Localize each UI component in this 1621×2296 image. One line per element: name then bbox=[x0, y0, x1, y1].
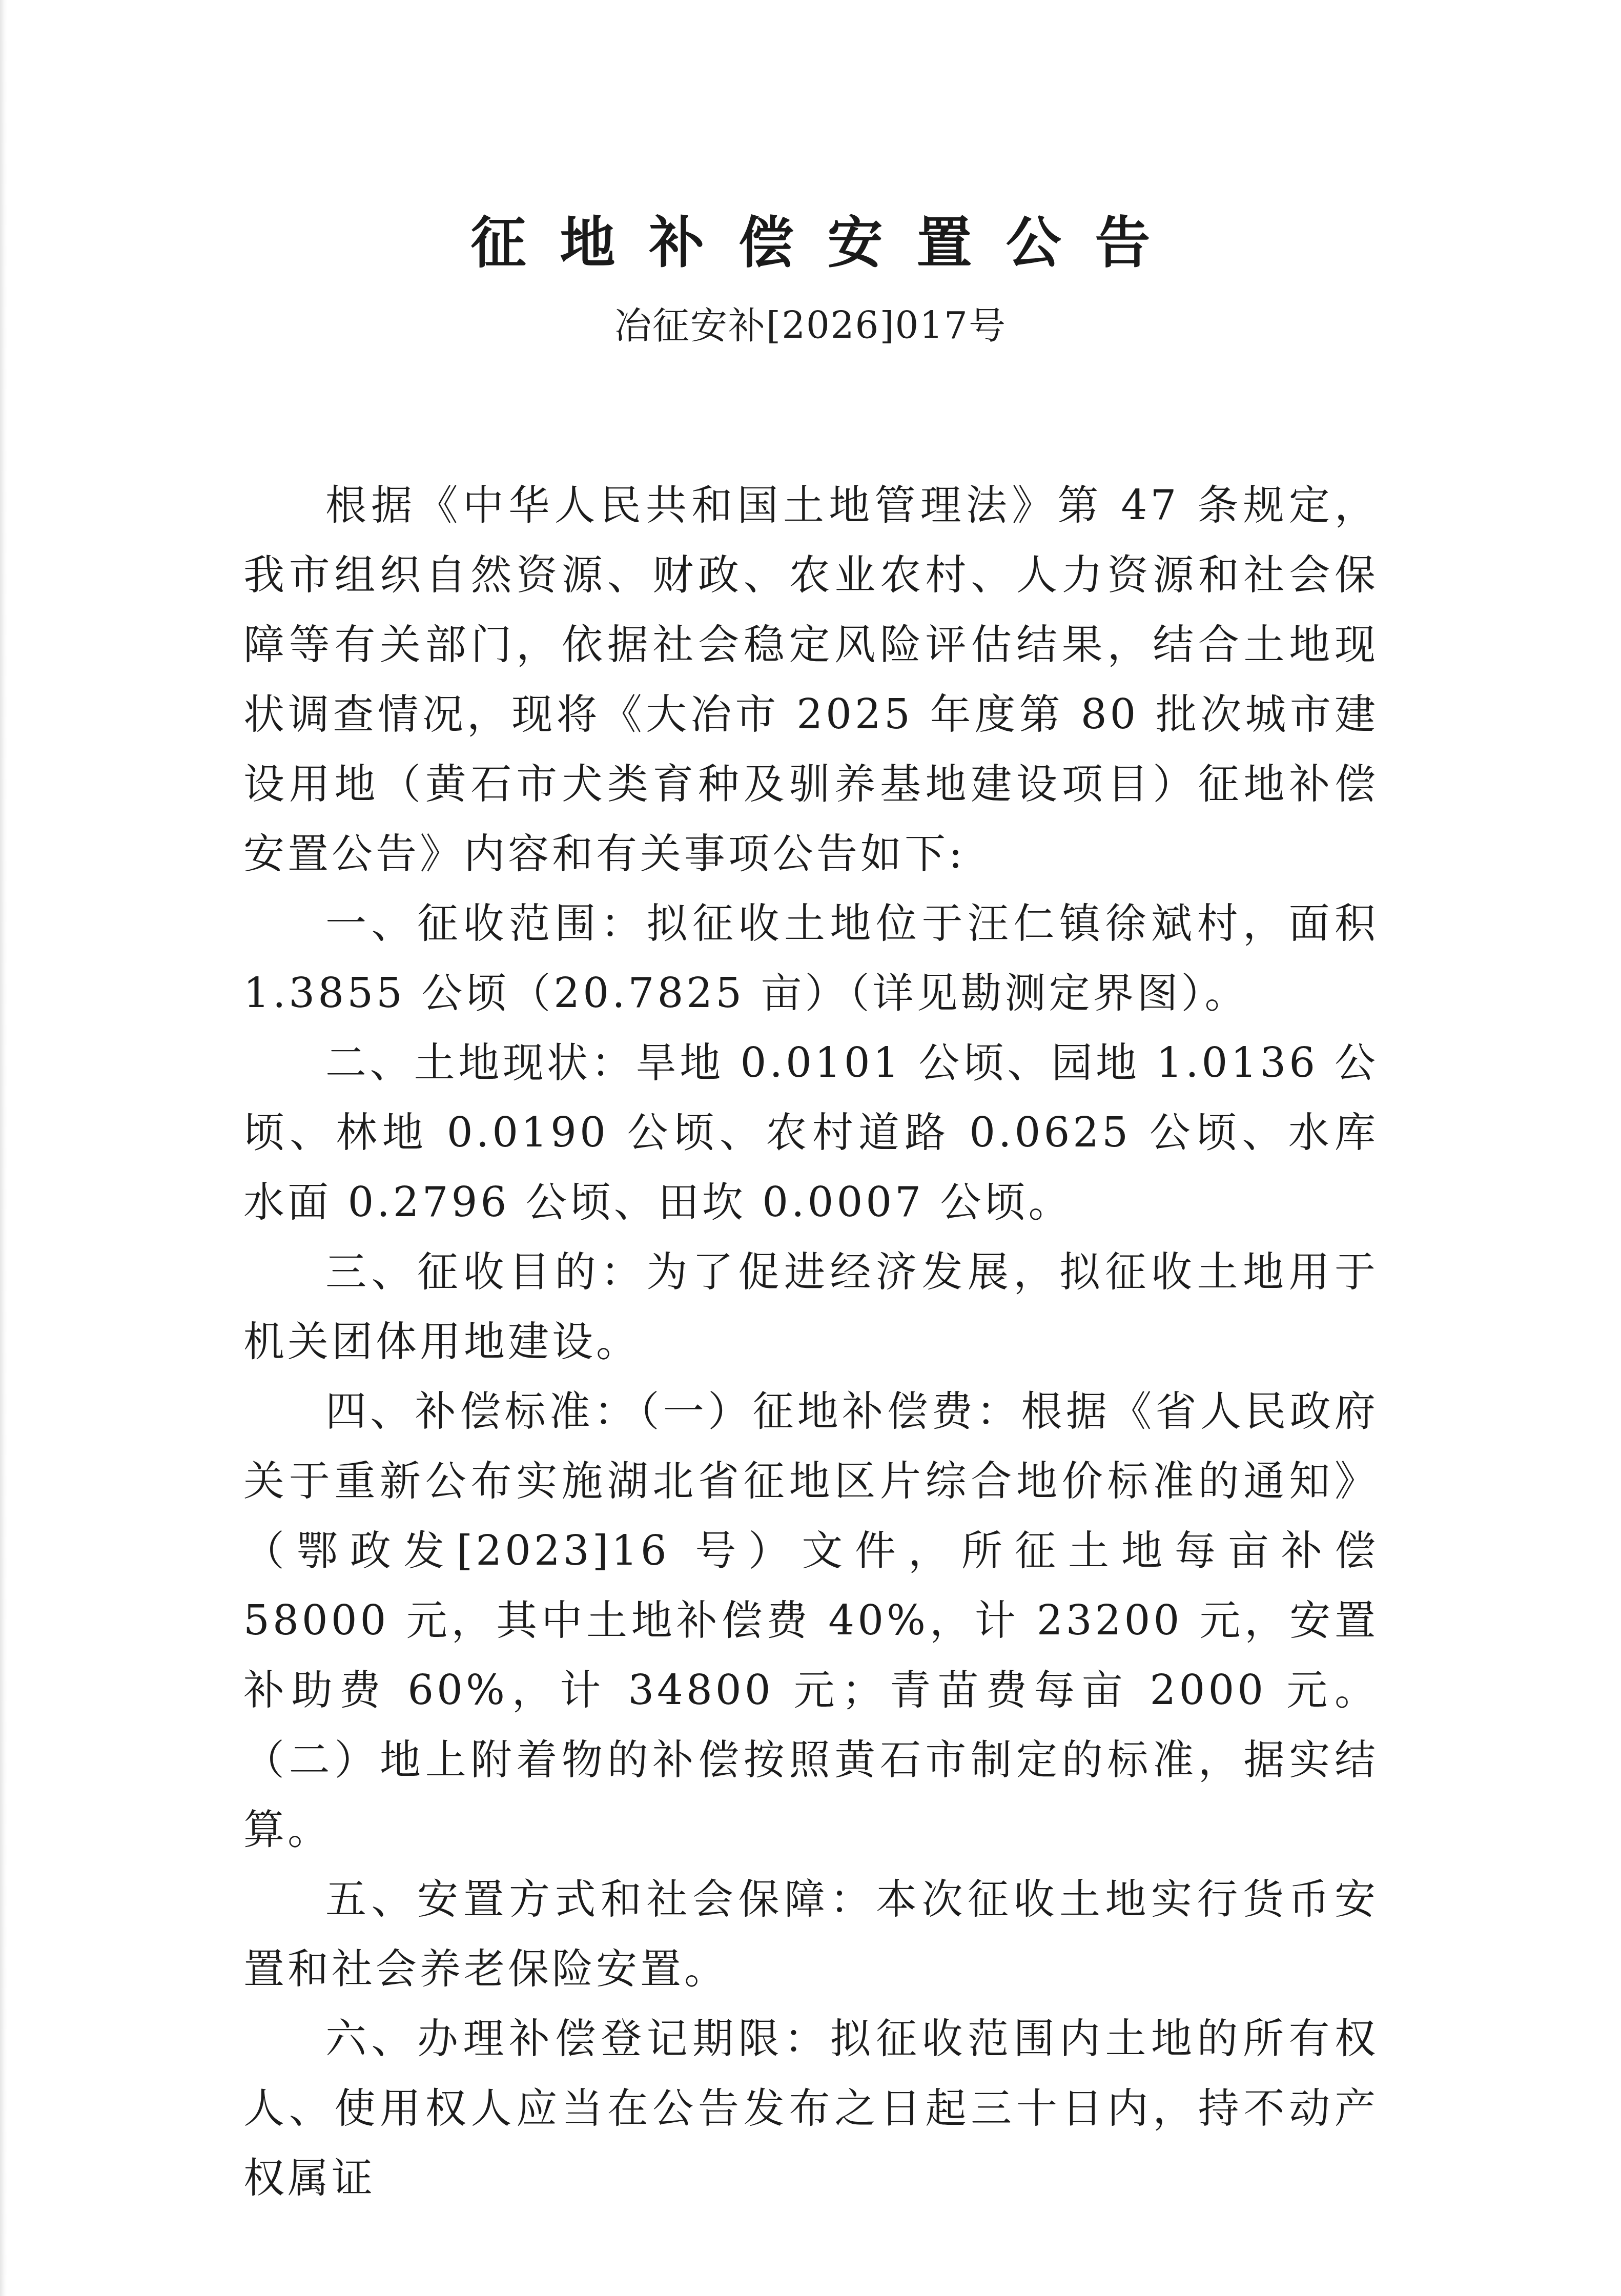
paragraph-expropriation-scope: 一、征收范围：拟征收土地位于汪仁镇徐斌村，面积 1.3855 公顷（20.782… bbox=[243, 889, 1379, 1028]
document-number: 冶征安补[2026]017号 bbox=[0, 300, 1621, 351]
paragraph-intro: 根据《中华人民共和国土地管理法》第 47 条规定，我市组织自然资源、财政、农业农… bbox=[243, 470, 1379, 889]
document-title: 征地补偿安置公告 bbox=[0, 208, 1621, 279]
paragraph-land-status: 二、土地现状：旱地 0.0101 公顷、园地 1.0136 公顷、林地 0.01… bbox=[243, 1028, 1379, 1237]
document-body: 根据《中华人民共和国土地管理法》第 47 条规定，我市组织自然资源、财政、农业农… bbox=[243, 470, 1379, 2213]
paragraph-resettlement-method: 五、安置方式和社会保障：本次征收土地实行货币安置和社会养老保险安置。 bbox=[243, 1864, 1379, 2004]
paragraph-registration-deadline: 六、办理补偿登记期限：拟征收范围内土地的所有权人、使用权人应当在公告发布之日起三… bbox=[243, 2004, 1379, 2213]
paragraph-compensation-standard: 四、补偿标准：（一）征地补偿费：根据《省人民政府关于重新公布实施湖北省征地区片综… bbox=[243, 1377, 1379, 1864]
paragraph-expropriation-purpose: 三、征收目的：为了促进经济发展，拟征收土地用于机关团体用地建设。 bbox=[243, 1237, 1379, 1377]
